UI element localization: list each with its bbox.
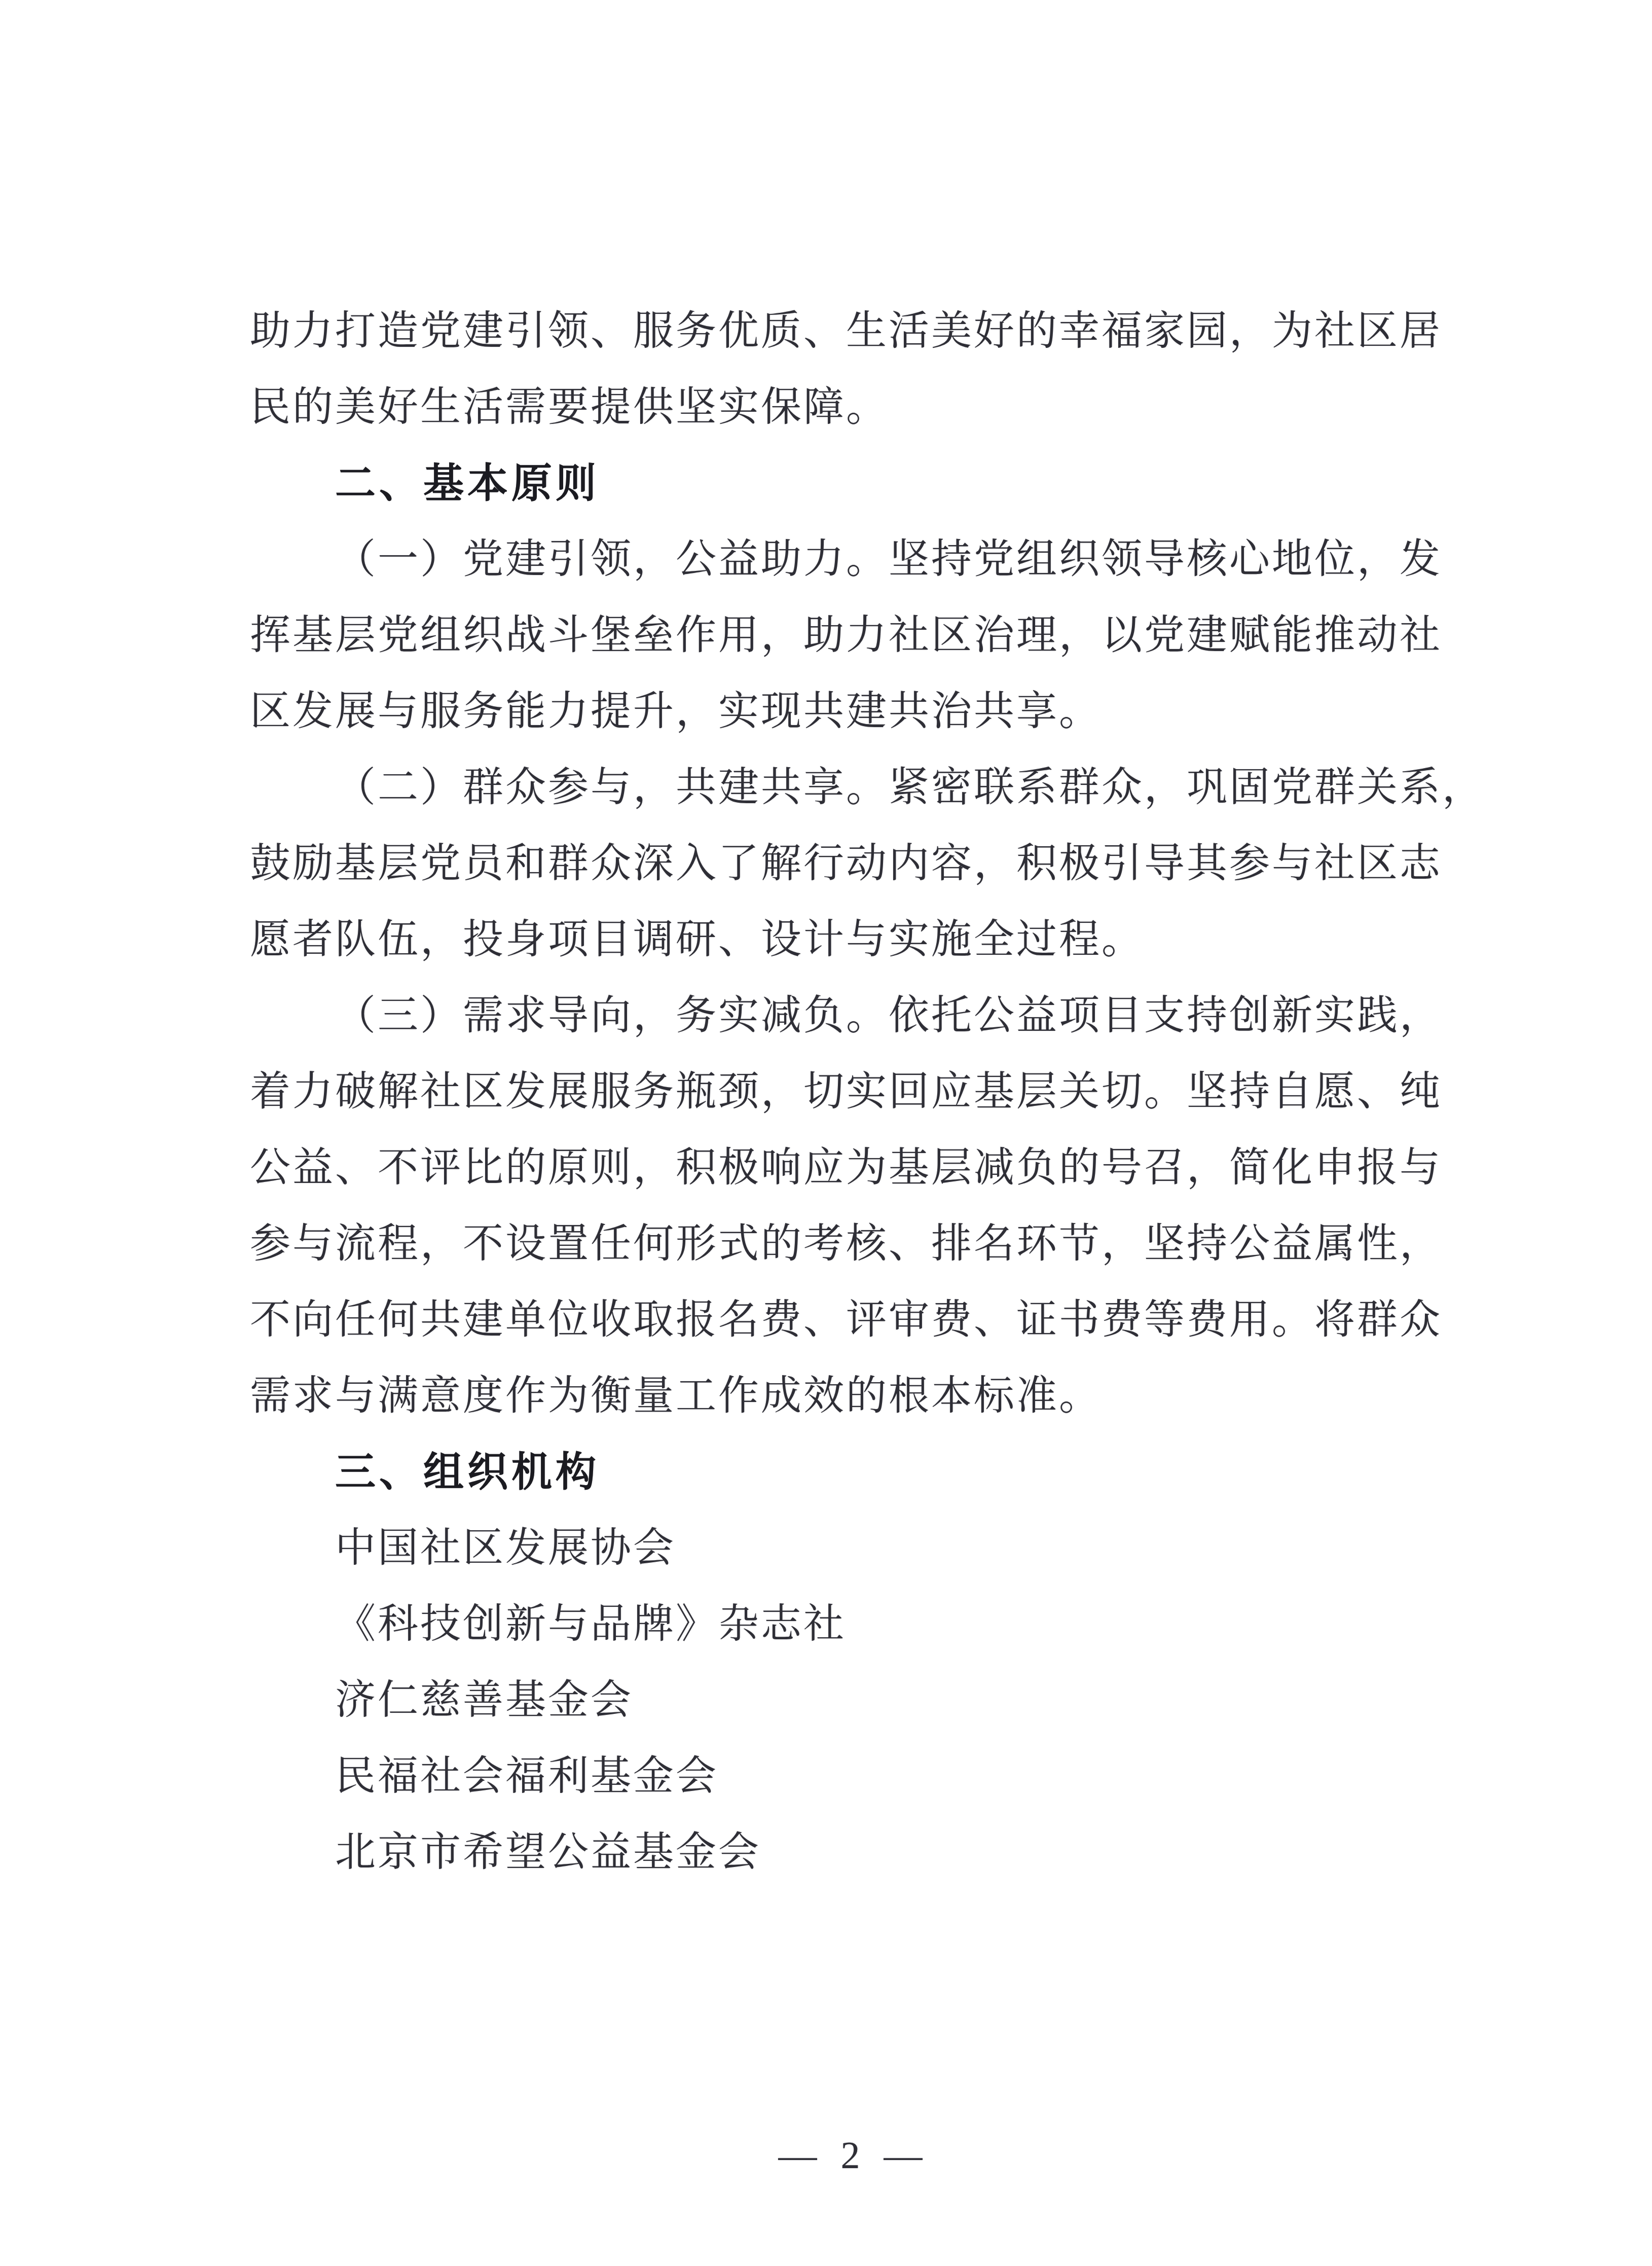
text-line: 民的美好生活需要提供坚实保障。 [250, 369, 1477, 445]
text-line: 着力破解社区发展服务瓶颈，切实回应基层关切。坚持自愿、纯 [250, 1054, 1477, 1130]
document-body: 助力打造党建引领、服务优质、生活美好的幸福家园，为社区居民的美好生活需要提供坚实… [250, 293, 1477, 1890]
text-line: 民福社会福利基金会 [250, 1738, 1477, 1814]
document-page: 助力打造党建引领、服务优质、生活美好的幸福家园，为社区居民的美好生活需要提供坚实… [0, 0, 1652, 2266]
text-line: （一）党建引领，公益助力。坚持党组织领导核心地位，发 [250, 521, 1477, 597]
text-line: 愿者队伍，投身项目调研、设计与实施全过程。 [250, 902, 1477, 978]
text-line: 中国社区发展协会 [250, 1510, 1477, 1586]
text-line: 《科技创新与品牌》杂志社 [250, 1586, 1477, 1662]
text-line: （二）群众参与，共建共享。紧密联系群众，巩固党群关系， [250, 749, 1477, 825]
text-line: 济仁慈善基金会 [250, 1662, 1477, 1738]
text-line: 北京市希望公益基金会 [250, 1814, 1477, 1890]
section-heading: 二、基本原则 [250, 445, 1477, 521]
text-line: 公益、不评比的原则，积极响应为基层减负的号召，简化申报与 [250, 1130, 1477, 1206]
text-line: 鼓励基层党员和群众深入了解行动内容，积极引导其参与社区志 [250, 825, 1477, 902]
page-number: — 2 — [0, 2117, 1652, 2193]
text-line: 区发展与服务能力提升，实现共建共治共享。 [250, 673, 1477, 749]
text-line: （三）需求导向，务实减负。依托公益项目支持创新实践， [250, 978, 1477, 1054]
text-line: 需求与满意度作为衡量工作成效的根本标准。 [250, 1358, 1477, 1434]
section-heading: 三、组织机构 [250, 1434, 1477, 1510]
text-line: 助力打造党建引领、服务优质、生活美好的幸福家园，为社区居 [250, 293, 1477, 369]
text-line: 参与流程，不设置任何形式的考核、排名环节，坚持公益属性， [250, 1206, 1477, 1282]
text-line: 挥基层党组织战斗堡垒作用，助力社区治理，以党建赋能推动社 [250, 597, 1477, 673]
text-line: 不向任何共建单位收取报名费、评审费、证书费等费用。将群众 [250, 1282, 1477, 1358]
